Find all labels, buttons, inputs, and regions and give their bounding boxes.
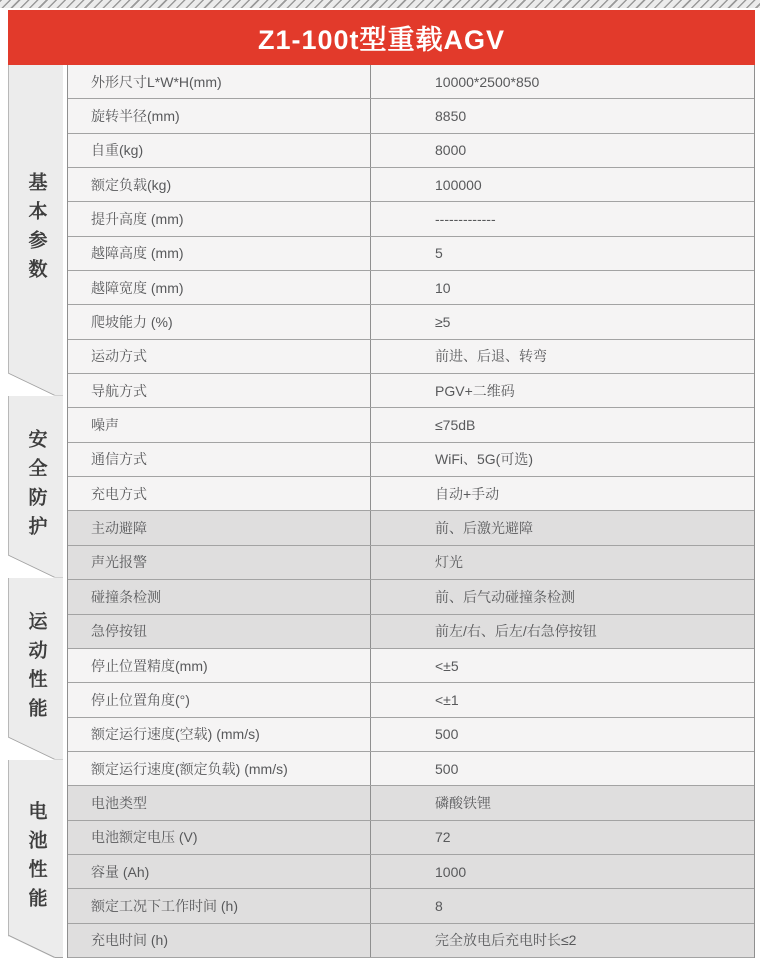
section-cell: 基本参数: [8, 65, 63, 396]
section-divider-diagonal: [9, 935, 55, 958]
spec-row: 运动方式前进、后退、转弯: [68, 340, 754, 374]
spec-row: 充电时间 (h)完全放电后充电时长≤2: [68, 924, 754, 958]
param-value: ≤75dB: [371, 408, 754, 441]
spec-table: 外形尺寸L*W*H(mm)10000*2500*850旋转半径(mm)8850自…: [67, 65, 755, 958]
param-name: 急停按钮: [68, 615, 371, 648]
param-value: -------------: [371, 202, 754, 235]
param-value: 8850: [371, 99, 754, 132]
param-value: 10: [371, 271, 754, 304]
param-name: 导航方式: [68, 374, 371, 407]
param-name: 容量 (Ah): [68, 855, 371, 888]
param-name: 越障宽度 (mm): [68, 271, 371, 304]
section-label: 基本参数: [27, 172, 46, 288]
param-name: 运动方式: [68, 340, 371, 373]
hatched-border-strip: [0, 0, 760, 10]
param-name: 停止位置角度(°): [68, 683, 371, 716]
param-value: 1000: [371, 855, 754, 888]
param-value: 100000: [371, 168, 754, 201]
param-value: 500: [371, 752, 754, 785]
param-value: 5: [371, 237, 754, 270]
spec-row: 停止位置精度(mm)<±5: [68, 649, 754, 683]
spec-row: 额定运行速度(空载) (mm/s)500: [68, 718, 754, 752]
param-name: 额定运行速度(额定负载) (mm/s): [68, 752, 371, 785]
param-value: <±1: [371, 683, 754, 716]
category-column: 基本参数安全防护运动性能电池性能: [8, 65, 63, 958]
param-value: 前进、后退、转弯: [371, 340, 754, 373]
spec-row: 越障高度 (mm)5: [68, 237, 754, 271]
spec-row: 声光报警灯光: [68, 546, 754, 580]
section-label: 运动性能: [27, 611, 46, 727]
param-name: 外形尺寸L*W*H(mm): [68, 65, 371, 98]
param-value: 8: [371, 889, 754, 922]
section-cell: 电池性能: [8, 760, 63, 959]
spec-row: 停止位置角度(°)<±1: [68, 683, 754, 717]
section-divider-diagonal: [9, 373, 55, 396]
spec-row: 主动避障前、后激光避障: [68, 511, 754, 545]
section-label: 电池性能: [27, 801, 46, 917]
section-divider-line: [55, 395, 63, 396]
param-value: 自动+手动: [371, 477, 754, 510]
spec-row: 容量 (Ah)1000: [68, 855, 754, 889]
param-value: 前、后激光避障: [371, 511, 754, 544]
spec-row: 额定工况下工作时间 (h)8: [68, 889, 754, 923]
section-cell: 运动性能: [8, 578, 63, 760]
param-name: 碰撞条检测: [68, 580, 371, 613]
section-label: 安全防护: [27, 429, 46, 545]
param-value: PGV+二维码: [371, 374, 754, 407]
section-divider-line: [55, 577, 63, 578]
section-cell: 安全防护: [8, 396, 63, 578]
spec-row: 自重(kg)8000: [68, 134, 754, 168]
spec-row: 急停按钮前左/右、后左/右急停按钮: [68, 615, 754, 649]
spec-row: 充电方式自动+手动: [68, 477, 754, 511]
param-name: 额定负载(kg): [68, 168, 371, 201]
spec-row: 爬坡能力 (%)≥5: [68, 305, 754, 339]
param-value: 前、后气动碰撞条检测: [371, 580, 754, 613]
spec-row: 越障宽度 (mm)10: [68, 271, 754, 305]
param-value: <±5: [371, 649, 754, 682]
param-name: 主动避障: [68, 511, 371, 544]
spec-row: 外形尺寸L*W*H(mm)10000*2500*850: [68, 65, 754, 99]
param-name: 电池额定电压 (V): [68, 821, 371, 854]
spec-row: 额定运行速度(额定负载) (mm/s)500: [68, 752, 754, 786]
param-value: 前左/右、后左/右急停按钮: [371, 615, 754, 648]
param-name: 噪声: [68, 408, 371, 441]
param-value: 500: [371, 718, 754, 751]
param-name: 声光报警: [68, 546, 371, 579]
param-name: 充电时间 (h): [68, 924, 371, 957]
spec-row: 电池类型磷酸铁锂: [68, 786, 754, 820]
param-name: 额定工况下工作时间 (h): [68, 889, 371, 922]
spec-sheet-body: 基本参数安全防护运动性能电池性能 外形尺寸L*W*H(mm)10000*2500…: [8, 65, 755, 958]
spec-row: 额定负载(kg)100000: [68, 168, 754, 202]
param-name: 充电方式: [68, 477, 371, 510]
spec-sheet-card: Z1-100t型重载AGV 基本参数安全防护运动性能电池性能 外形尺寸L*W*H…: [8, 10, 755, 958]
section-divider-line: [55, 957, 63, 958]
param-value: 10000*2500*850: [371, 65, 754, 98]
section-divider-line: [55, 759, 63, 760]
param-value: 72: [371, 821, 754, 854]
param-name: 自重(kg): [68, 134, 371, 167]
spec-row: 旋转半径(mm)8850: [68, 99, 754, 133]
page-title: Z1-100t型重载AGV: [8, 10, 755, 65]
spec-row: 通信方式WiFi、5G(可选): [68, 443, 754, 477]
section-divider-diagonal: [9, 737, 55, 760]
param-name: 提升高度 (mm): [68, 202, 371, 235]
param-value: 灯光: [371, 546, 754, 579]
param-value: 完全放电后充电时长≤2: [371, 924, 754, 957]
param-name: 额定运行速度(空载) (mm/s): [68, 718, 371, 751]
param-name: 越障高度 (mm): [68, 237, 371, 270]
param-name: 爬坡能力 (%): [68, 305, 371, 338]
section-divider-diagonal: [9, 555, 55, 578]
param-name: 电池类型: [68, 786, 371, 819]
param-name: 通信方式: [68, 443, 371, 476]
spec-row: 提升高度 (mm)-------------: [68, 202, 754, 236]
spec-row: 导航方式PGV+二维码: [68, 374, 754, 408]
param-value: WiFi、5G(可选): [371, 443, 754, 476]
param-value: 8000: [371, 134, 754, 167]
spec-row: 噪声≤75dB: [68, 408, 754, 442]
param-value: ≥5: [371, 305, 754, 338]
param-value: 磷酸铁锂: [371, 786, 754, 819]
spec-row: 电池额定电压 (V)72: [68, 821, 754, 855]
spec-row: 碰撞条检测前、后气动碰撞条检测: [68, 580, 754, 614]
param-name: 旋转半径(mm): [68, 99, 371, 132]
param-name: 停止位置精度(mm): [68, 649, 371, 682]
